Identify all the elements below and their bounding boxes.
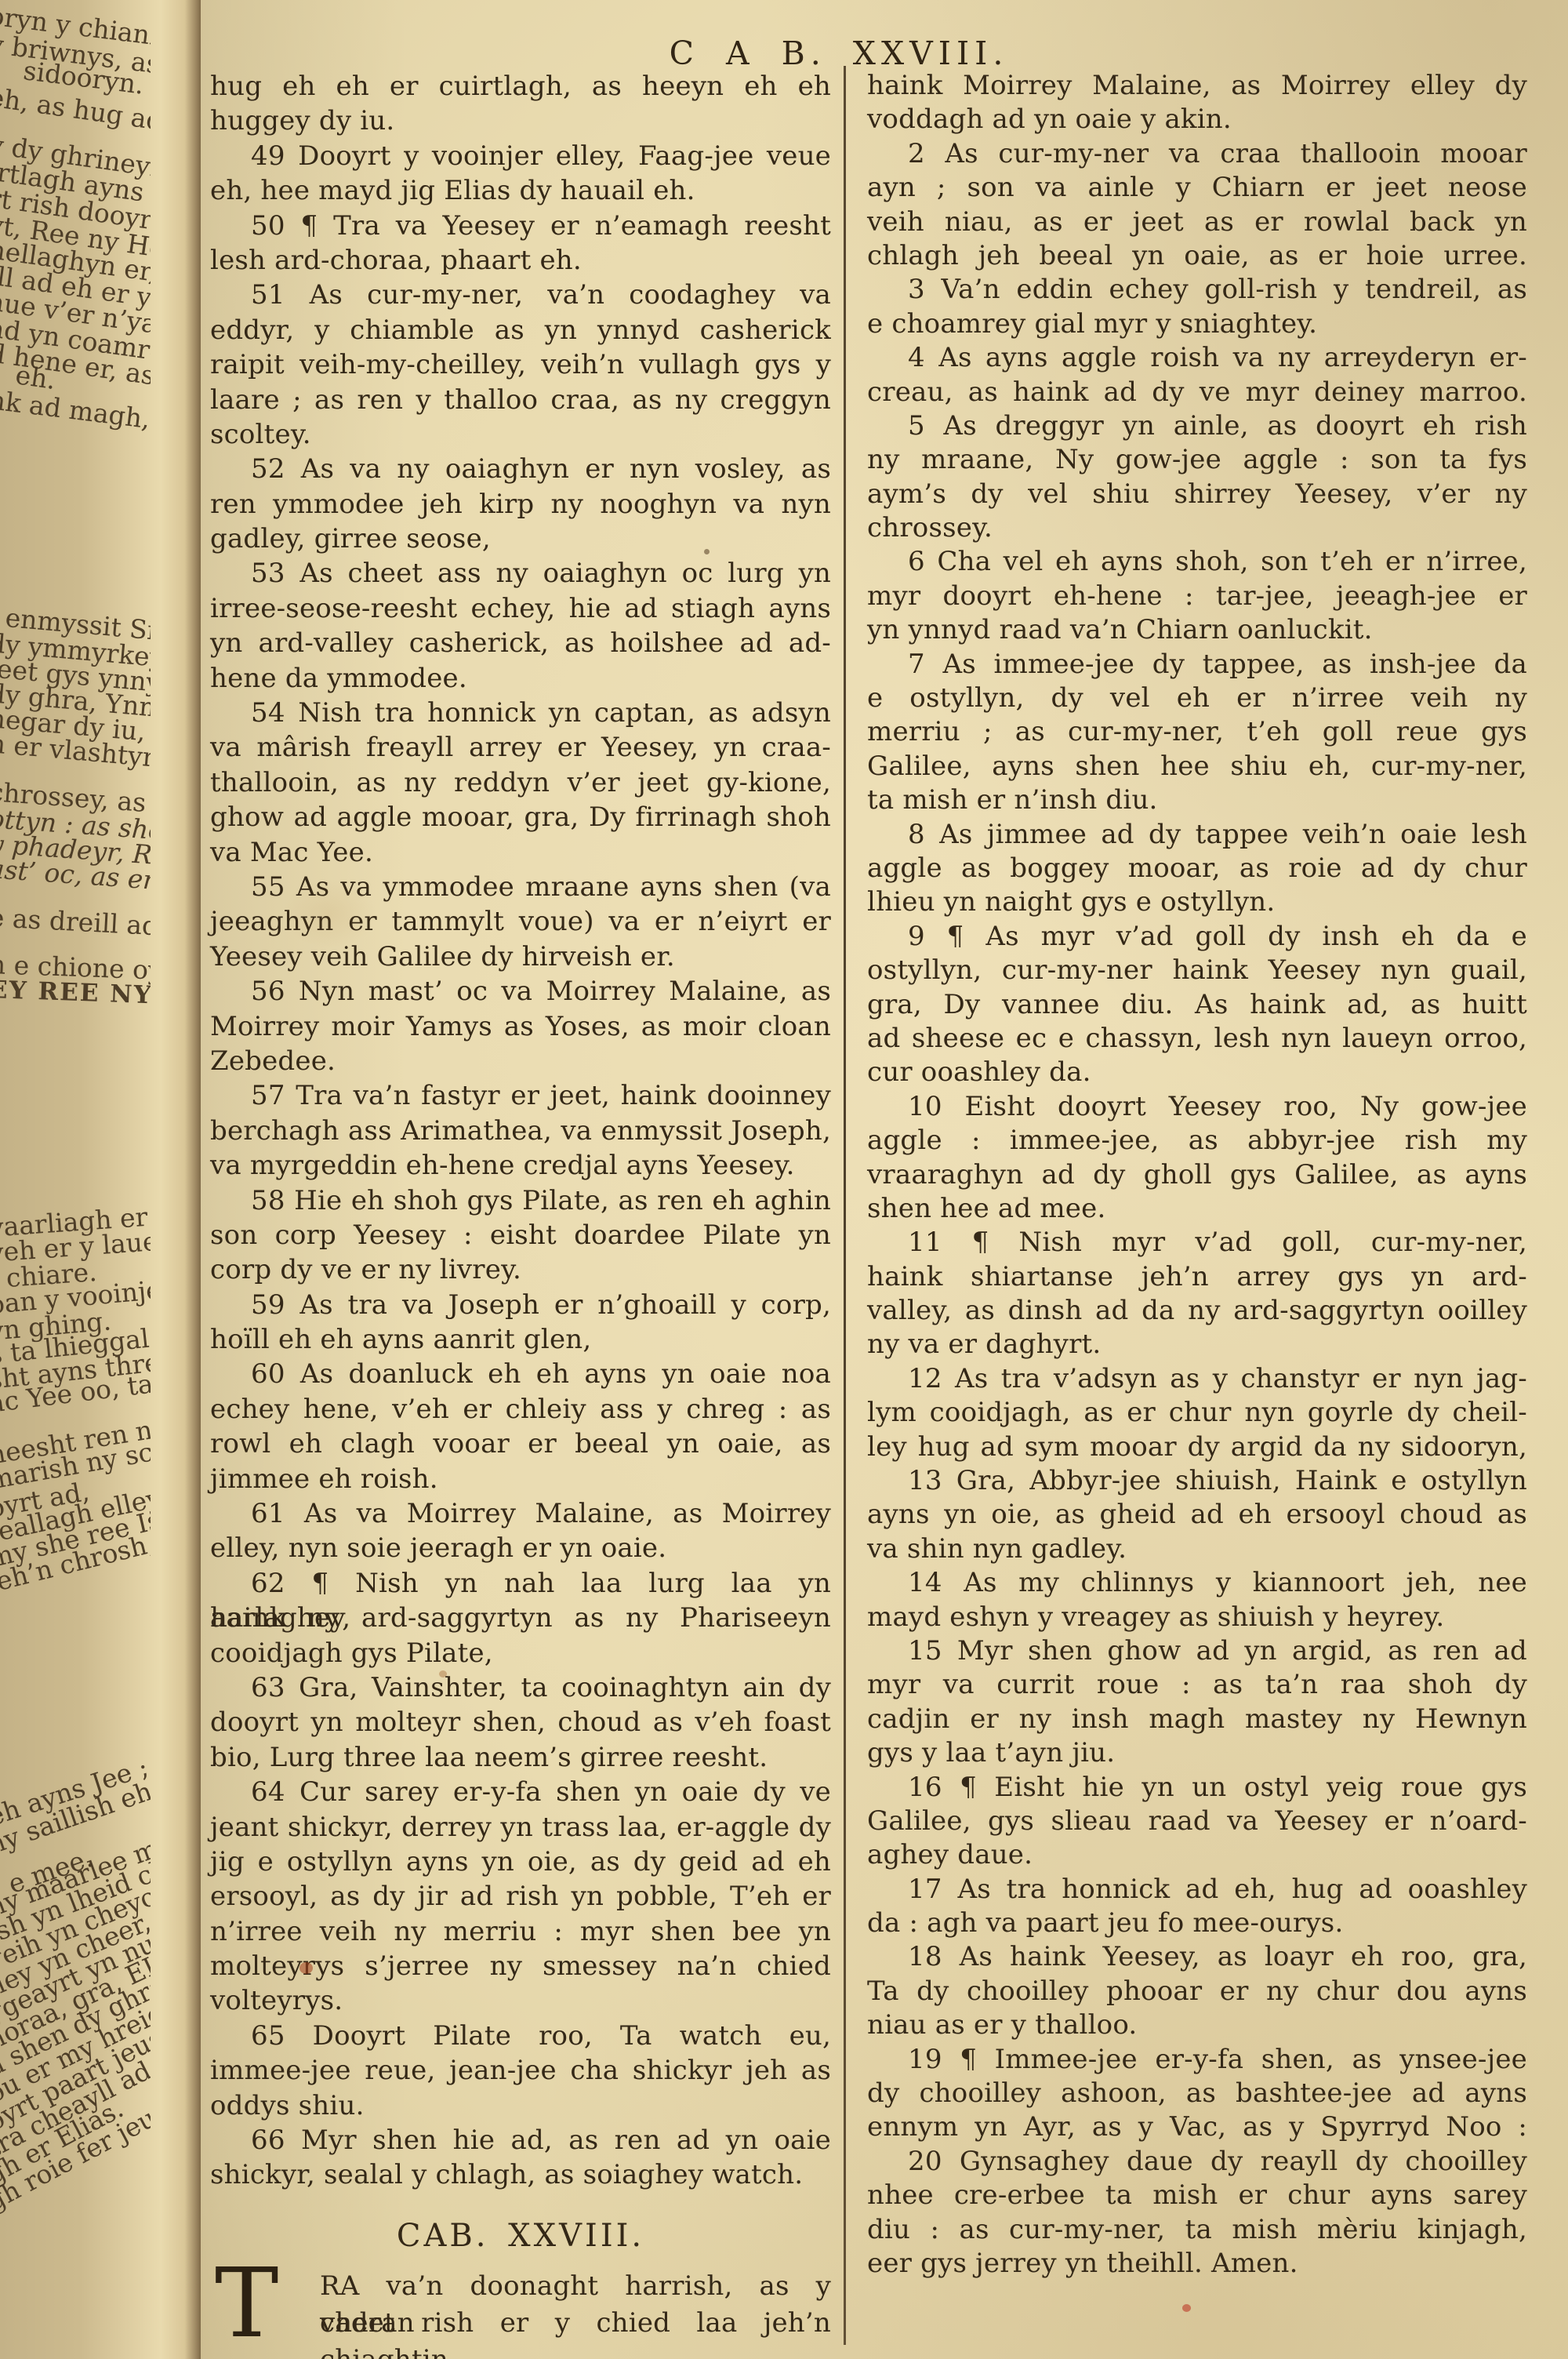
text-line: 57 Tra va’n fastyr er jeet, haink dooinn…: [210, 1078, 831, 1113]
text-line: Yeesey veih Galilee dy hirveish er.: [210, 940, 831, 974]
left-column-lines: hug eh eh er cuirtlagh, as heeyn eh ehhu…: [210, 69, 831, 2193]
text-line: lym cooidjagh, as er chur nyn goyrle dy …: [867, 1396, 1527, 1430]
drop-cap-lines: RA va’n doonaght harrish, as y vadranche…: [320, 2268, 831, 2342]
text-line: e ostyllyn, dy vel eh er n’irree veih ny: [867, 682, 1527, 715]
text-line: ennym yn Ayr, as y Vac, as y Spyrryd Noo…: [867, 2110, 1527, 2144]
text-line: yn ynnyd raad va’n Chiarn oanluckit.: [867, 613, 1527, 647]
text-line: 19 ¶ Immee-jee er-y-fa shen, as ynsee-je…: [867, 2043, 1527, 2077]
text-line: ny mraane, Ny gow-jee aggle : son ta fys: [867, 443, 1527, 477]
text-line: ny va er daghyrt.: [867, 1328, 1527, 1361]
text-line: creau, as haink ad dy ve myr deiney marr…: [867, 376, 1527, 409]
running-header: C A B. XXVIII.: [635, 35, 1043, 72]
text-line: 51 As cur-my-ner, va’n coodaghey va: [210, 278, 831, 312]
text-line: hene da ymmodee.: [210, 661, 831, 696]
text-line: aym’s dy vel shiu shirrey Yeesey, v’er n…: [867, 478, 1527, 511]
text-line: cooidjagh gys Pilate,: [210, 1636, 831, 1670]
text-line: 16 ¶ Eisht hie yn un ostyl yeig roue gys: [867, 1771, 1527, 1805]
text-line: diu : as cur-my-ner, ta mish mèriu kinja…: [867, 2213, 1527, 2247]
text-line: 66 Myr shen hie ad, as ren ad yn oaie: [210, 2123, 831, 2157]
text-line: jimmee eh roish.: [210, 1462, 831, 1496]
paper-stain: [299, 1962, 313, 1974]
text-line: yn ard-valley casherick, as hoilshee ad …: [210, 626, 831, 660]
text-line: 7 As immee-jee dy tappee, as insh-jee da: [867, 648, 1527, 682]
drop-cap-letter: T: [215, 2265, 278, 2342]
text-line: aghey daue.: [867, 1838, 1527, 1872]
text-line: ayns yn oie, as gheid ad eh ersooyl chou…: [867, 1498, 1527, 1532]
text-line: ren ymmodee jeh kirp ny nooghyn va nyn: [210, 487, 831, 522]
text-line: volteyrys.: [210, 1983, 831, 2018]
text-line: 54 Nish tra honnick yn captan, as adsyn: [210, 696, 831, 730]
right-column-lines: haink Moirrey Malaine, as Moirrey elley …: [867, 69, 1527, 2281]
text-line: 13 Gra, Abbyr-jee shiuish, Haink e ostyl…: [867, 1464, 1527, 1498]
text-line: n’irree veih ny merriu : myr shen bee yn: [210, 1914, 831, 1949]
text-line: va myrgeddin eh-hene credjal ayns Yeesey…: [210, 1148, 831, 1183]
text-line: irree-seose-reesht echey, hie ad stiagh …: [210, 591, 831, 626]
text-line: ta mish er n’insh diu.: [867, 783, 1527, 817]
gutter-text-fragment: nk ad magh, h: [0, 386, 151, 437]
text-line: mayd eshyn y vreagey as shiuish y heyrey…: [867, 1601, 1527, 1634]
text-line: eddyr, y chiamble as yn ynnyd casherick: [210, 313, 831, 347]
text-line: immee-jee reue, jean-jee cha shickyr jeh…: [210, 2053, 831, 2088]
text-line: voddagh ad yn oaie y akin.: [867, 103, 1527, 136]
text-line: ostyllyn, cur-my-ner haink Yeesey nyn gu…: [867, 954, 1527, 987]
text-line: hoïll eh eh ayns aanrit glen,: [210, 1322, 831, 1357]
text-line: 6 Cha vel eh ayns shoh, son t’eh er n’ir…: [867, 545, 1527, 579]
text-line: cheet rish er y chied laa jeh’n chiaghti…: [320, 2305, 831, 2342]
text-line: 2 As cur-my-ner va craa thallooin mooar: [867, 137, 1527, 171]
text-line: 4 As ayns aggle roish va ny arreyderyn e…: [867, 341, 1527, 375]
text-line: haink shiartanse jeh’n arrey gys yn ard-: [867, 1260, 1527, 1294]
text-line: eh, hee mayd jig Elias dy hauail eh.: [210, 173, 831, 208]
text-line: va mârish freayll arrey er Yeesey, yn cr…: [210, 730, 831, 765]
text-line: rowl eh clagh vooar er beeal yn oaie, as: [210, 1427, 831, 1461]
scanned-book-page: oryn y chianny briwnys, as delesidooryn.…: [0, 0, 1568, 2359]
text-line: nhee cre-erbee ta mish er chur ayns sare…: [867, 2179, 1527, 2212]
text-line: gys y laa t’ayn jiu.: [867, 1736, 1527, 1770]
paper-stain: [1182, 2304, 1191, 2312]
text-line: 64 Cur sarey er-y-fa shen yn oaie dy ve: [210, 1775, 831, 1809]
gutter-text-fragment: EY REE NY HE: [0, 976, 151, 1012]
text-line: son corp Yeesey : eisht doardee Pilate y…: [210, 1218, 831, 1252]
text-line: 58 Hie eh shoh gys Pilate, as ren eh agh…: [210, 1183, 831, 1218]
text-line: merriu ; as cur-my-ner, t’eh goll reue g…: [867, 715, 1527, 749]
text-line: Galilee, ayns shen hee shiu eh, cur-my-n…: [867, 750, 1527, 783]
text-line: myr va currit roue : as ta’n raa shoh dy: [867, 1668, 1527, 1702]
text-line: gra, Dy vannee diu. As haink ad, as huit…: [867, 988, 1527, 1022]
text-line: 12 As tra v’adsyn as y chanstyr er nyn j…: [867, 1362, 1527, 1396]
text-line: 61 As va Moirrey Malaine, as Moirrey: [210, 1496, 831, 1531]
text-line: bio, Lurg three laa neem’s girree reesht…: [210, 1740, 831, 1775]
chapter-heading: CAB. XXVIII.: [210, 2218, 831, 2254]
text-line: da : agh va paart jeu fo mee-ourys.: [867, 1906, 1527, 1940]
text-line: lesh ard-choraa, phaart eh.: [210, 243, 831, 278]
text-line: 49 Dooyrt y vooinjer elley, Faag-jee veu…: [210, 139, 831, 173]
text-line: 14 As my chlinnys y kiannoort jeh, nee: [867, 1566, 1527, 1600]
text-line: echey hene, v’eh er chleiy ass y chreg :…: [210, 1392, 831, 1427]
text-line: ersooyl, as dy jir ad rish yn pobble, T’…: [210, 1879, 831, 1914]
text-line: shickyr, sealal y chlagh, as soiaghey wa…: [210, 2157, 831, 2192]
text-line: jeant shickyr, derrey yn trass laa, er-a…: [210, 1810, 831, 1845]
text-line: ayn ; son va ainle y Chiarn er jeet neos…: [867, 171, 1527, 205]
text-line: 65 Dooyrt Pilate roo, Ta watch eu,: [210, 2019, 831, 2053]
text-line: 52 As va ny oaiaghyn er nyn vosley, as: [210, 452, 831, 486]
text-line: niau as er y thalloo.: [867, 2008, 1527, 2042]
text-line: lhieu yn naight gys e ostyllyn.: [867, 885, 1527, 919]
text-line: ghow ad aggle mooar, gra, Dy firrinagh s…: [210, 800, 831, 834]
text-line: chlagh jeh beeal yn oaie, as er hoie urr…: [867, 239, 1527, 273]
text-line: jig e ostyllyn ayns yn oie, as dy geid a…: [210, 1845, 831, 1879]
paper-stain: [282, 878, 376, 949]
chapter-opening-paragraph: T RA va’n doonaght harrish, as y vadranc…: [210, 2268, 831, 2342]
paper-stain: [439, 1670, 447, 1677]
text-line: 11 ¶ Nish myr v’ad goll, cur-my-ner,: [867, 1226, 1527, 1259]
text-line: 9 ¶ As myr v’ad goll dy insh eh da e: [867, 920, 1527, 954]
column-divider-rule: [844, 66, 846, 2345]
text-line: Moirrey moir Yamys as Yoses, as moir clo…: [210, 1009, 831, 1044]
text-line: gadley, girree seose,: [210, 522, 831, 556]
text-line: corp dy ve er ny livrey.: [210, 1252, 831, 1287]
text-line: 10 Eisht dooyrt Yeesey roo, Ny gow-jee: [867, 1090, 1527, 1124]
text-line: 50 ¶ Tra va Yeesey er n’eamagh reesht: [210, 209, 831, 243]
paper-stain: [704, 549, 710, 554]
text-line: dy chooilley ashoon, as bashtee-jee ad a…: [867, 2077, 1527, 2110]
left-text-column: hug eh eh er cuirtlagh, as heeyn eh ehhu…: [210, 69, 831, 2342]
text-line: shen hee ad mee.: [867, 1192, 1527, 1226]
text-line: chrossey.: [867, 511, 1527, 545]
text-line: eer gys jerrey yn theihll. Amen.: [867, 2247, 1527, 2281]
text-line: oddys shiu.: [210, 2088, 831, 2123]
text-line: RA va’n doonaght harrish, as y vadran: [320, 2268, 831, 2305]
gutter-text-fragments: oryn y chianny briwnys, as delesidooryn.…: [0, 0, 151, 2359]
text-line: elley, nyn soie jeeragh er yn oaie.: [210, 1531, 831, 1565]
text-line: berchagh ass Arimathea, va enmyssit Jose…: [210, 1114, 831, 1148]
text-line: 3 Va’n eddin echey goll-rish y tendreil,…: [867, 273, 1527, 307]
text-line: dooyrt yn molteyr shen, choud as v’eh fo…: [210, 1705, 831, 1739]
text-line: cadjin er ny insh magh mastey ny Hewnyn: [867, 1703, 1527, 1736]
gutter-facing-page-edge: oryn y chianny briwnys, as delesidooryn.…: [0, 0, 201, 2359]
text-line: valley, as dinsh ad da ny ard-saggyrtyn …: [867, 1294, 1527, 1328]
text-line: 15 Myr shen ghow ad yn argid, as ren ad: [867, 1634, 1527, 1668]
text-line: huggey dy iu.: [210, 104, 831, 138]
right-text-column: haink Moirrey Malaine, as Moirrey elley …: [867, 69, 1527, 2281]
text-line: haink ny ard-saggyrtyn as ny Phariseeyn: [210, 1601, 831, 1635]
text-line: hug eh eh er cuirtlagh, as heeyn eh eh: [210, 69, 831, 104]
text-line: 20 Gynsaghey daue dy reayll dy chooilley: [867, 2145, 1527, 2179]
text-line: 18 As haink Yeesey, as loayr eh roo, gra…: [867, 1940, 1527, 1974]
text-line: 53 As cheet ass ny oaiaghyn oc lurg yn: [210, 556, 831, 591]
text-line: 63 Gra, Vainshter, ta cooinaghtyn ain dy: [210, 1670, 831, 1705]
gutter-text-fragment: e as dreill ad arrey e: [0, 903, 151, 946]
text-line: va shin nyn gadley.: [867, 1532, 1527, 1566]
text-line: Galilee, gys slieau raad va Yeesey er n’…: [867, 1805, 1527, 1838]
text-line: 56 Nyn mast’ oc va Moirrey Malaine, as: [210, 974, 831, 1009]
text-line: cur ooashley da.: [867, 1056, 1527, 1089]
text-line: 8 As jimmee ad dy tappee veih’n oaie les…: [867, 818, 1527, 852]
text-line: ad sheese ec e chassyn, lesh nyn laueyn …: [867, 1022, 1527, 1056]
text-line: Zebedee.: [210, 1044, 831, 1078]
text-line: 59 As tra va Joseph er n’ghoaill y corp,: [210, 1288, 831, 1322]
text-line: Ta dy chooilley phooar er ny chur dou ay…: [867, 1975, 1527, 2008]
text-line: 17 As tra honnick ad eh, hug ad ooashley: [867, 1873, 1527, 1906]
text-line: scoltey.: [210, 417, 831, 452]
text-line: vraaraghyn ad dy gholl gys Galilee, as a…: [867, 1158, 1527, 1192]
text-line: aggle : immee-jee, as abbyr-jee rish my: [867, 1124, 1527, 1158]
text-line: e choamrey gial myr y sniaghtey.: [867, 307, 1527, 341]
text-line: raipit veih-my-cheilley, veih’n vullagh …: [210, 347, 831, 382]
text-line: 62 ¶ Nish yn nah laa lurg laa yn aarlagh…: [210, 1566, 831, 1601]
text-line: thallooin, as ny reddyn v’er jeet gy-kio…: [210, 765, 831, 800]
text-line: myr dooyrt eh-hene : tar-jee, jeeagh-jee…: [867, 580, 1527, 613]
text-line: 60 As doanluck eh eh ayns yn oaie noa: [210, 1357, 831, 1391]
text-line: va Mac Yee.: [210, 835, 831, 870]
text-line: 5 As dreggyr yn ainle, as dooyrt eh rish: [867, 409, 1527, 443]
text-line: ley hug ad sym mooar dy argid da ny sido…: [867, 1430, 1527, 1464]
text-line: veih niau, as er jeet as er rowlal back …: [867, 205, 1527, 239]
text-line: haink Moirrey Malaine, as Moirrey elley …: [867, 69, 1527, 103]
text-line: aggle as boggey mooar, as roie ad dy chu…: [867, 852, 1527, 885]
text-line: laare ; as ren y thalloo craa, as ny cre…: [210, 383, 831, 417]
